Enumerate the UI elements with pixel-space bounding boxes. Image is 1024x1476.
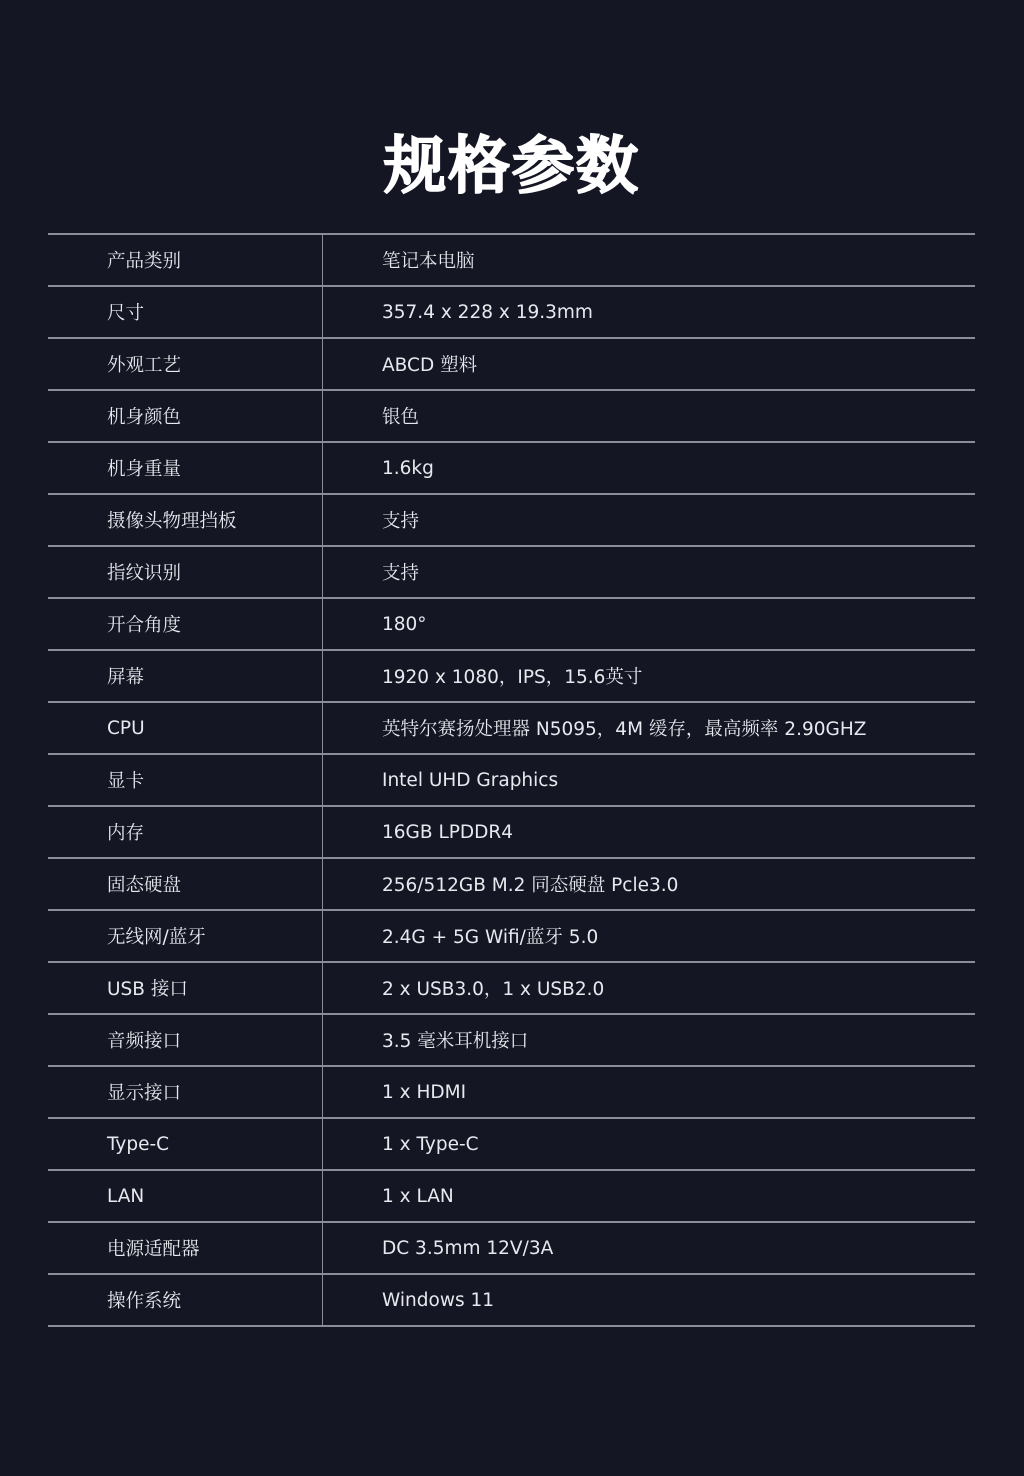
spec-row-cpu: CPU 英特尔赛扬处理器 N5095，4M 缓存，最高频率 2.90GHZ	[48, 703, 975, 755]
spec-value: 支持	[323, 547, 975, 597]
spec-value: 1.6kg	[323, 443, 975, 493]
spec-value: 银色	[323, 391, 975, 441]
spec-label: 电源适配器	[48, 1223, 323, 1273]
spec-value: 1 x LAN	[323, 1171, 975, 1221]
spec-row-hinge-angle: 开合角度 180°	[48, 599, 975, 651]
spec-row-product-category: 产品类别 笔记本电脑	[48, 235, 975, 287]
spec-label: 屏幕	[48, 651, 323, 701]
spec-value: Windows 11	[323, 1275, 975, 1325]
spec-label: CPU	[48, 703, 323, 753]
spec-value: ABCD 塑料	[323, 339, 975, 389]
spec-value: 3.5 毫米耳机接口	[323, 1015, 975, 1065]
spec-value: 16GB LPDDR4	[323, 807, 975, 857]
spec-row-screen: 屏幕 1920 x 1080，IPS，15.6英寸	[48, 651, 975, 703]
spec-label: 固态硬盘	[48, 859, 323, 909]
spec-row-display-port: 显示接口 1 x HDMI	[48, 1067, 975, 1119]
spec-value: 支持	[323, 495, 975, 545]
spec-value: 1 x HDMI	[323, 1067, 975, 1117]
spec-row-audio: 音频接口 3.5 毫米耳机接口	[48, 1015, 975, 1067]
spec-row-os: 操作系统 Windows 11	[48, 1275, 975, 1327]
spec-label: 外观工艺	[48, 339, 323, 389]
page-title: 规格参数	[0, 126, 1024, 206]
spec-label: 操作系统	[48, 1275, 323, 1325]
spec-label: 开合角度	[48, 599, 323, 649]
spec-label: LAN	[48, 1171, 323, 1221]
spec-label: 无线网/蓝牙	[48, 911, 323, 961]
spec-table: 产品类别 笔记本电脑 尺寸 357.4 x 228 x 19.3mm 外观工艺 …	[48, 233, 975, 1327]
spec-value: 2 x USB3.0，1 x USB2.0	[323, 963, 975, 1013]
spec-value: 357.4 x 228 x 19.3mm	[323, 287, 975, 337]
spec-row-memory: 内存 16GB LPDDR4	[48, 807, 975, 859]
spec-row-power-adapter: 电源适配器 DC 3.5mm 12V/3A	[48, 1223, 975, 1275]
spec-label: 指纹识别	[48, 547, 323, 597]
spec-label: 机身颜色	[48, 391, 323, 441]
spec-label: Type-C	[48, 1119, 323, 1169]
spec-row-dimensions: 尺寸 357.4 x 228 x 19.3mm	[48, 287, 975, 339]
spec-row-finish: 外观工艺 ABCD 塑料	[48, 339, 975, 391]
spec-label: 摄像头物理挡板	[48, 495, 323, 545]
spec-row-color: 机身颜色 银色	[48, 391, 975, 443]
spec-row-wireless: 无线网/蓝牙 2.4G + 5G Wifi/蓝牙 5.0	[48, 911, 975, 963]
spec-row-weight: 机身重量 1.6kg	[48, 443, 975, 495]
spec-value: 2.4G + 5G Wifi/蓝牙 5.0	[323, 911, 975, 961]
spec-value: 256/512GB M.2 同态硬盘 Pcle3.0	[323, 859, 975, 909]
spec-row-graphics: 显卡 Intel UHD Graphics	[48, 755, 975, 807]
spec-row-fingerprint: 指纹识别 支持	[48, 547, 975, 599]
spec-label: 显示接口	[48, 1067, 323, 1117]
spec-value: DC 3.5mm 12V/3A	[323, 1223, 975, 1273]
spec-value: 笔记本电脑	[323, 235, 975, 285]
spec-label: 显卡	[48, 755, 323, 805]
spec-label: 产品类别	[48, 235, 323, 285]
spec-value: 1920 x 1080，IPS，15.6英寸	[323, 651, 975, 701]
spec-row-type-c: Type-C 1 x Type-C	[48, 1119, 975, 1171]
spec-row-ssd: 固态硬盘 256/512GB M.2 同态硬盘 Pcle3.0	[48, 859, 975, 911]
spec-label: 机身重量	[48, 443, 323, 493]
spec-value: 1 x Type-C	[323, 1119, 975, 1169]
spec-label: 音频接口	[48, 1015, 323, 1065]
spec-value: 英特尔赛扬处理器 N5095，4M 缓存，最高频率 2.90GHZ	[323, 703, 975, 753]
spec-label: 尺寸	[48, 287, 323, 337]
spec-value: 180°	[323, 599, 975, 649]
spec-row-camera-shutter: 摄像头物理挡板 支持	[48, 495, 975, 547]
spec-label: USB 接口	[48, 963, 323, 1013]
spec-label: 内存	[48, 807, 323, 857]
spec-row-usb: USB 接口 2 x USB3.0，1 x USB2.0	[48, 963, 975, 1015]
spec-row-lan: LAN 1 x LAN	[48, 1171, 975, 1223]
spec-value: Intel UHD Graphics	[323, 755, 975, 805]
